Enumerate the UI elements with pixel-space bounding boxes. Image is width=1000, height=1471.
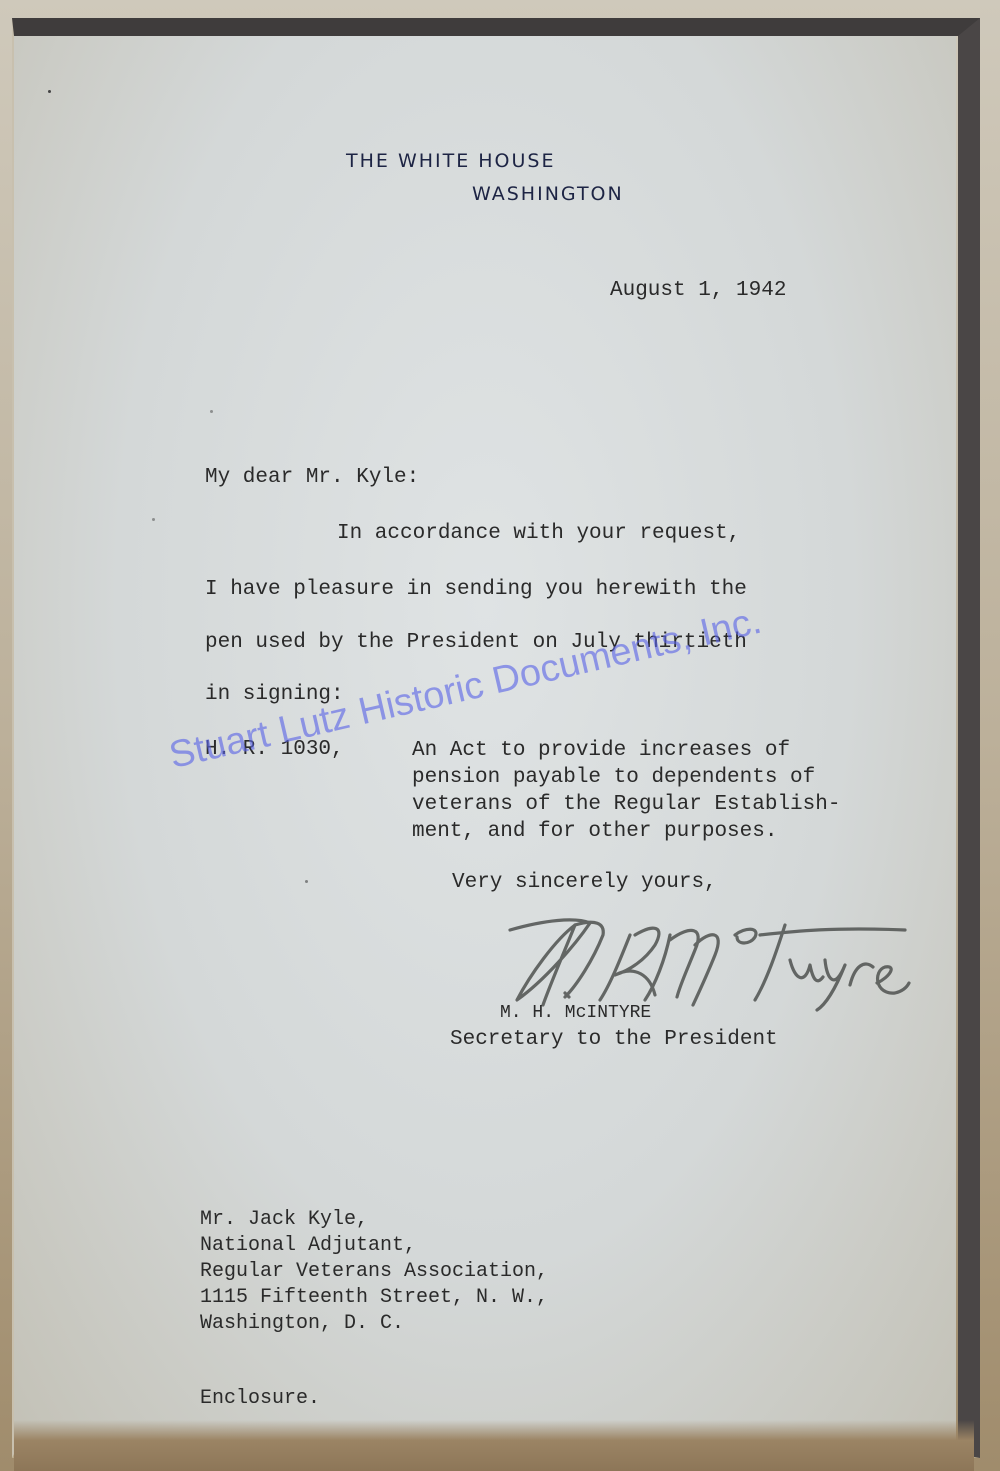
paper-blemish — [48, 90, 51, 93]
signer-title: Secretary to the President — [450, 1027, 778, 1053]
letterhead-city: WASHINGTON — [472, 183, 624, 205]
letter-date: August 1, 1942 — [610, 278, 786, 304]
letterhead-title: THE WHITE HOUSE — [346, 150, 555, 172]
bill-description: An Act to provide increases of pension p… — [412, 737, 840, 845]
body-line-1: In accordance with your request, — [337, 521, 740, 547]
frame-bottom-mat — [14, 1420, 974, 1471]
signer-name: M. H. McINTYRE — [500, 1000, 651, 1026]
paper-blemish — [152, 518, 155, 521]
closing: Very sincerely yours, — [452, 870, 717, 896]
paper-blemish — [305, 880, 308, 883]
salutation: My dear Mr. Kyle: — [205, 465, 419, 491]
signature-icon — [505, 905, 915, 1015]
body-line-2: I have pleasure in sending you herewith … — [205, 577, 747, 603]
paper-blemish — [210, 410, 213, 413]
recipient-address: Mr. Jack Kyle, National Adjutant, Regula… — [200, 1207, 548, 1337]
enclosure-note: Enclosure. — [200, 1386, 320, 1412]
